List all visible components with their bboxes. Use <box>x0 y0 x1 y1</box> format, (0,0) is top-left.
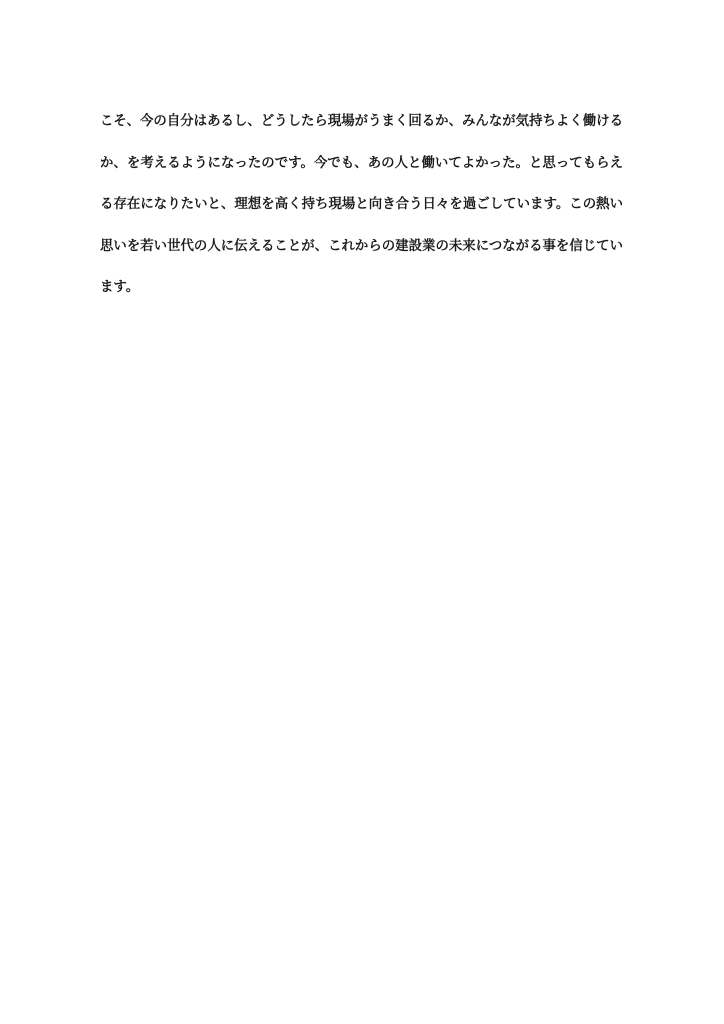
text-line: ます。 <box>100 267 623 309</box>
text-line: か、を考えるようになったのです。今でも、あの人と働いてよかった。と思ってもらえ <box>100 143 623 185</box>
text-line: る存在になりたいと、理想を高く持ち現場と向き合う日々を過ごしています。この熱い <box>100 184 623 226</box>
text-line: 思いを若い世代の人に伝えることが、これからの建設業の未来につながる事を信じてい <box>100 226 623 268</box>
text-line: こそ、今の自分はあるし、どうしたら現場がうまく回るか、みんなが気持ちよく働ける <box>100 101 623 143</box>
document-page: こそ、今の自分はあるし、どうしたら現場がうまく回るか、みんなが気持ちよく働ける … <box>0 0 724 1024</box>
paragraph-block: こそ、今の自分はあるし、どうしたら現場がうまく回るか、みんなが気持ちよく働ける … <box>100 101 623 309</box>
